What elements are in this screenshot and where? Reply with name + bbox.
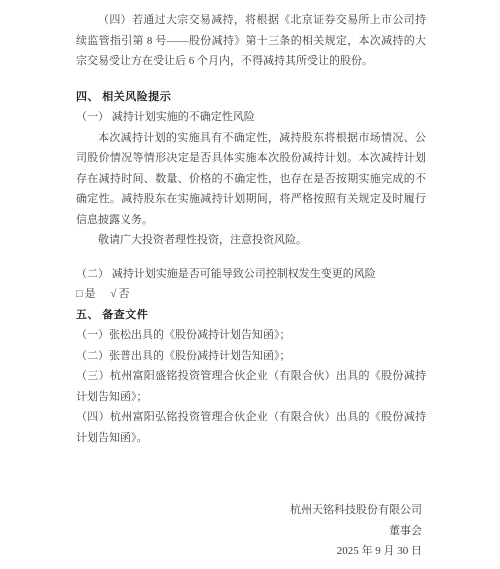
control-change-choice-row: □是 √否 [76,284,426,305]
investor-notice-paragraph: 敬请广大投资者理性投资，注意投资风险。 [76,230,426,251]
reference-document-list: （一）张松出具的《股份减持计划告知函》； （二）张普出具的《股份减持计划告知函》… [76,325,426,448]
choice-option-yes: □是 [76,284,96,305]
list-item: （二）张普出具的《股份减持计划告知函》； [76,346,426,367]
signature-date: 2025 年 9 月 30 日 [76,541,422,562]
checkbox-empty-icon: □ [76,284,83,305]
signature-company: 杭州天铭科技股份有限公司 [76,500,422,521]
list-item: （三）杭州富阳盛铭投资管理合伙企业（有限合伙）出具的《股份减持计划告知函》； [76,366,426,407]
signature-block: 杭州天铭科技股份有限公司 董事会 2025 年 9 月 30 日 [76,500,426,562]
section4-heading: 四、 相关风险提示 [76,87,426,108]
section4-sub1-heading: （一） 减持计划实施的不确定性风险 [76,107,426,128]
choice-no-label: 否 [118,288,129,300]
checkmark-icon: √ [110,284,116,305]
choice-option-no: √否 [110,284,129,305]
choice-yes-label: 是 [85,288,96,300]
section5-heading: 五、 备查文件 [76,305,426,326]
section4-sub2-heading: （二） 减持计划实施是否可能导致公司控制权发生变更的风险 [76,264,426,285]
document-page: （四）若通过大宗交易减持，将根据《北京证券交易所上市公司持续监管指引第 8 号—… [0,0,500,569]
list-item: （一）张松出具的《股份减持计划告知函》； [76,325,426,346]
signature-signer: 董事会 [76,521,422,542]
list-item: （四）杭州富阳弘铭投资管理合伙企业（有限合伙）出具的《股份减持计划告知函》。 [76,407,426,448]
intro-paragraph: （四）若通过大宗交易减持，将根据《北京证券交易所上市公司持续监管指引第 8 号—… [76,10,426,72]
section4-sub1-paragraph: 本次减持计划的实施具有不确定性，减持股东将根据市场情况、公司股价情况等情形决定是… [76,128,426,231]
